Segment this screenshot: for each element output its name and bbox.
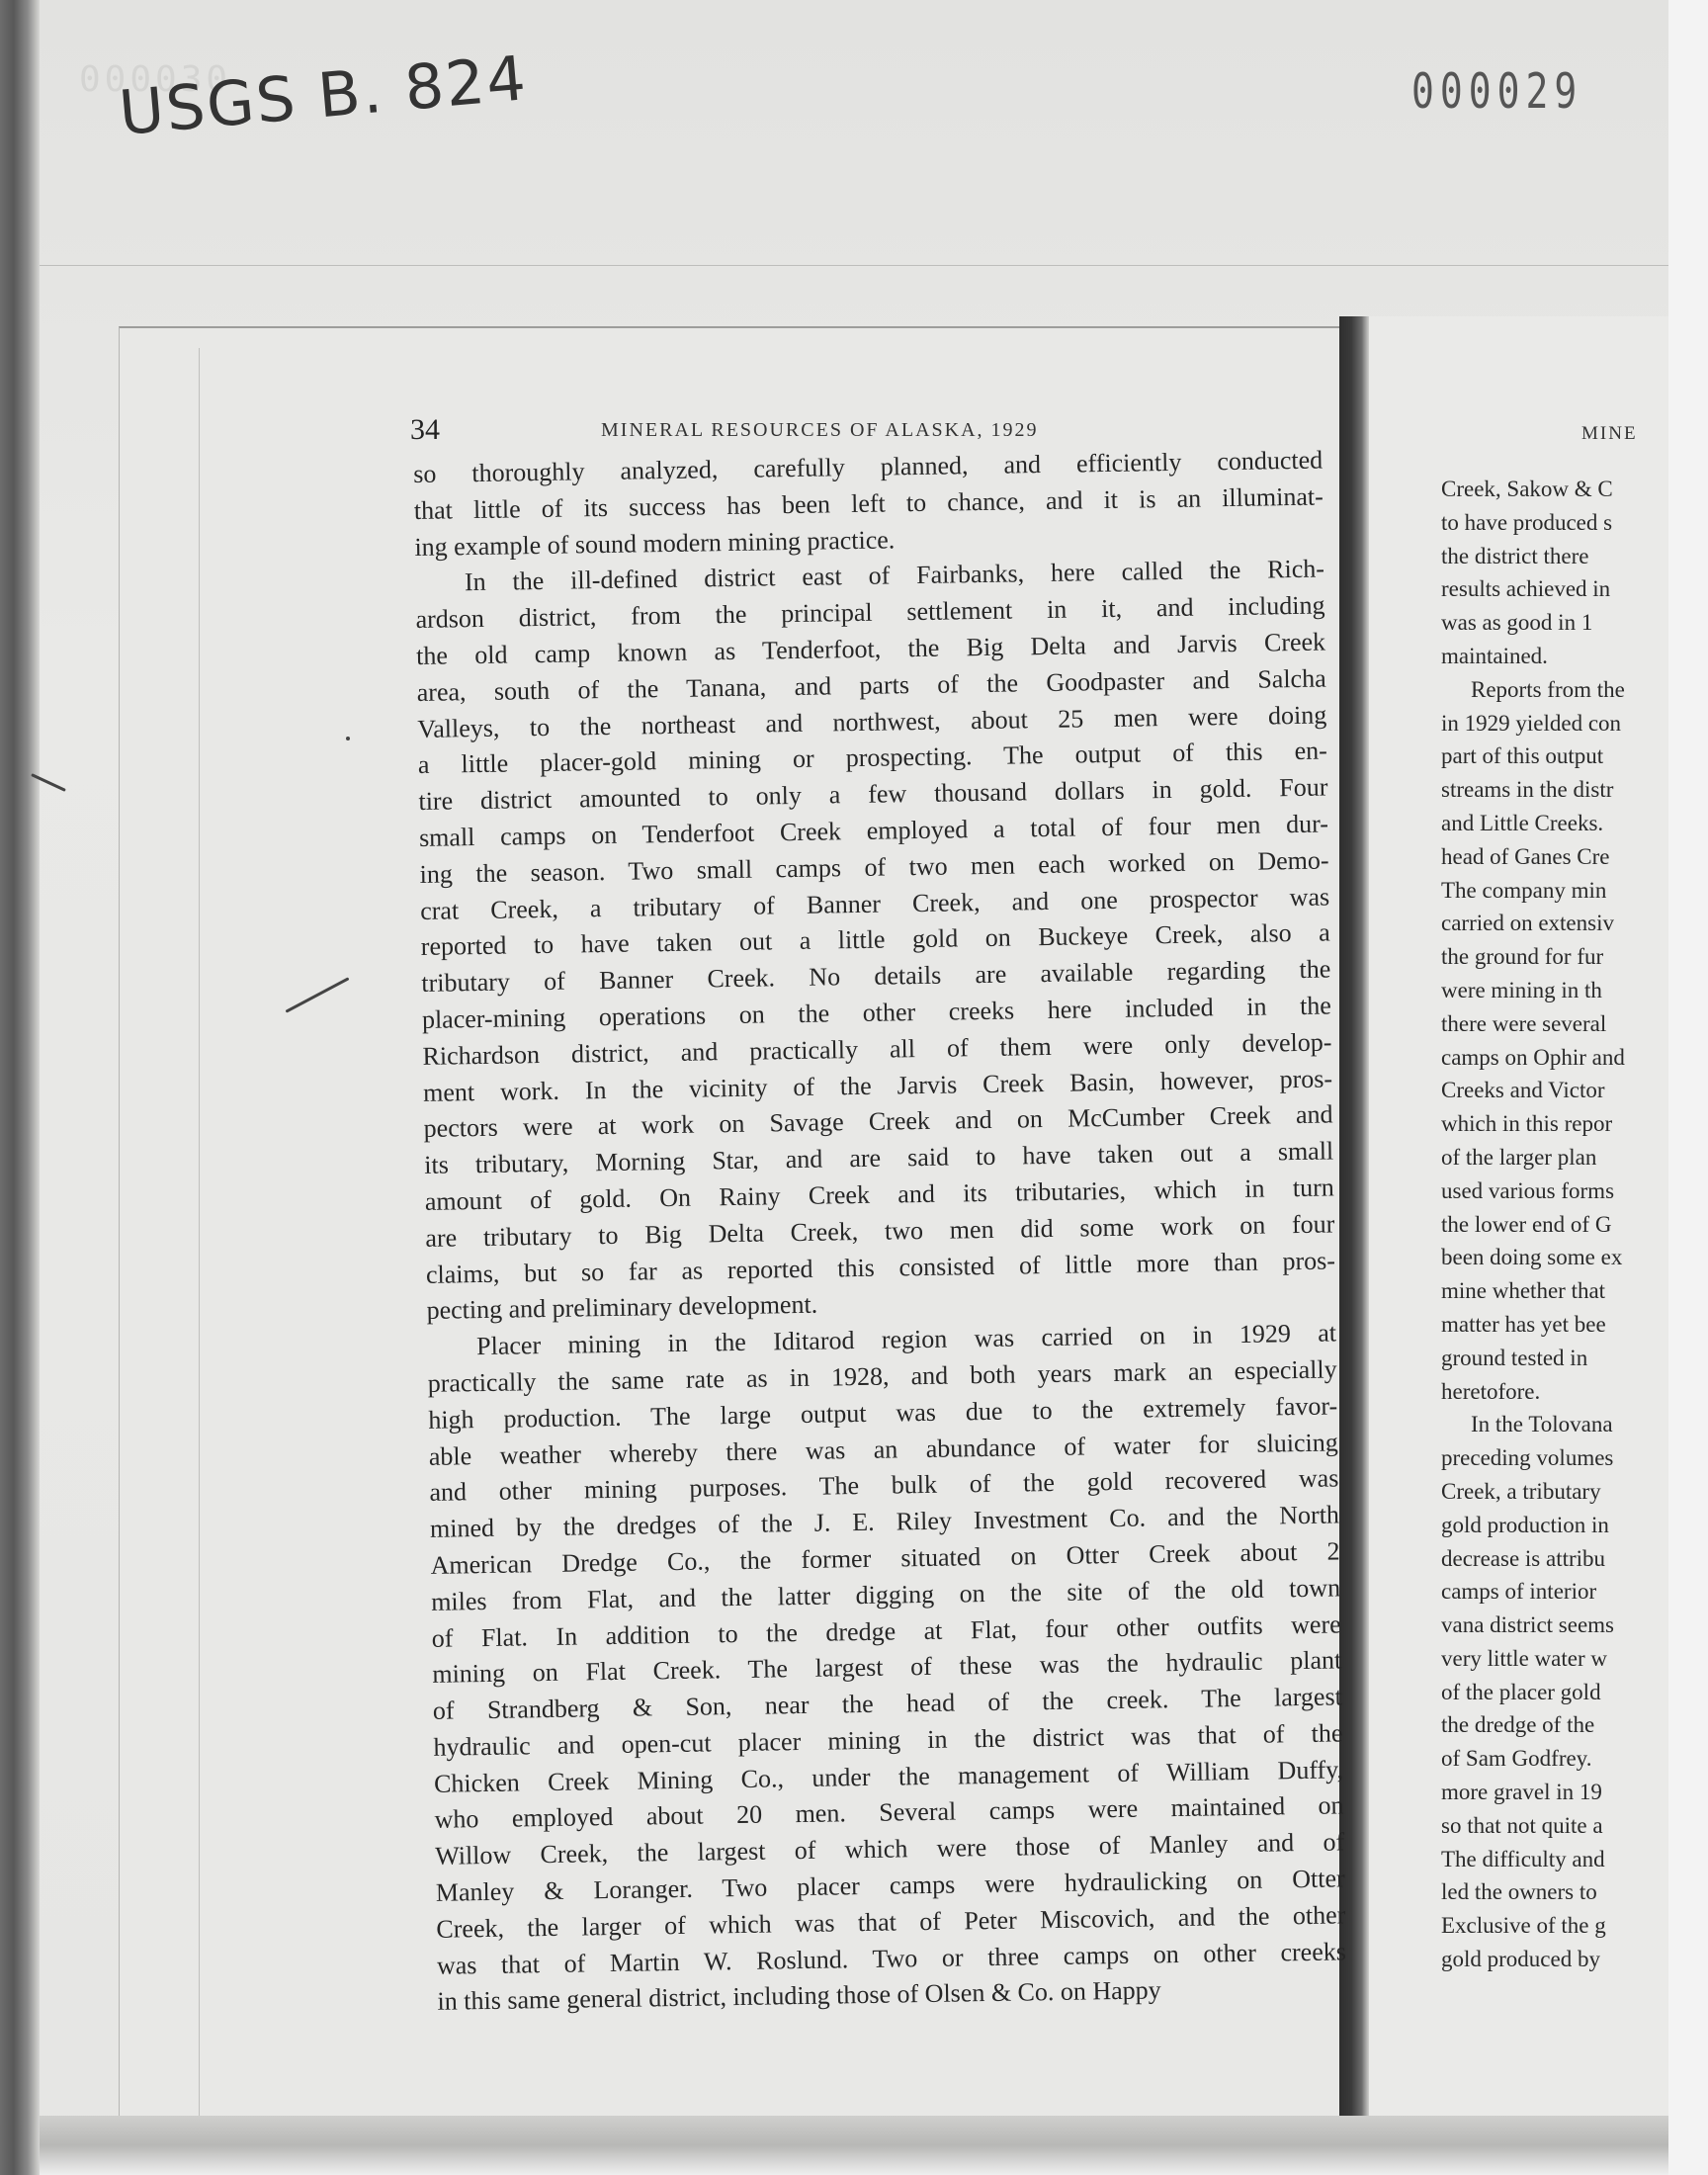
facing-text-line: streams in the distr xyxy=(1441,773,1668,807)
facing-text-line: camps on Ophir and xyxy=(1441,1041,1668,1075)
stray-dot xyxy=(346,737,350,740)
facing-text-line: matter has yet bee xyxy=(1441,1308,1668,1342)
facing-text-line: head of Ganes Cre xyxy=(1441,840,1668,874)
facing-text-line: ground tested in xyxy=(1441,1342,1668,1375)
facing-text-line: led the owners to xyxy=(1441,1875,1668,1909)
facing-text-line: of Sam Godfrey. xyxy=(1441,1742,1668,1776)
facing-text-line: the lower end of G xyxy=(1441,1208,1668,1242)
facing-text-line: gold production in xyxy=(1441,1509,1668,1542)
facing-text-line: carried on extensiv xyxy=(1441,907,1668,940)
facing-text-line: so that not quite a xyxy=(1441,1809,1668,1843)
facing-text-line: The company min xyxy=(1441,874,1668,908)
facing-text-line: used various forms xyxy=(1441,1174,1668,1208)
facing-text-line: the district there xyxy=(1441,540,1668,573)
facing-text-line: there were several xyxy=(1441,1007,1668,1041)
facing-text-line: in 1929 yielded con xyxy=(1441,707,1668,740)
facing-text-line: mine whether that xyxy=(1441,1274,1668,1308)
facing-text-line: preceding volumes xyxy=(1441,1441,1668,1475)
facing-text-line: decrease is attribu xyxy=(1441,1542,1668,1576)
facing-page-text: Creek, Sakow & Cto have produced sthe di… xyxy=(1441,473,1668,1976)
facing-text-line: been doing some ex xyxy=(1441,1241,1668,1274)
facing-text-line: which in this repor xyxy=(1441,1107,1668,1141)
facing-text-line: part of this output xyxy=(1441,739,1668,773)
facing-text-line: The difficulty and xyxy=(1441,1843,1668,1876)
facing-text-line: Reports from the xyxy=(1441,673,1668,707)
facing-text-line: of the placer gold xyxy=(1441,1676,1668,1709)
facing-running-head: MINE xyxy=(1581,423,1668,445)
fold-line xyxy=(40,265,1668,266)
facing-text-line: Creeks and Victor xyxy=(1441,1074,1668,1107)
right-margin xyxy=(1668,0,1708,2175)
stamp-number: 000029 xyxy=(1411,62,1582,119)
facing-text-line: very little water w xyxy=(1441,1642,1668,1676)
facing-text-line: Exclusive of the g xyxy=(1441,1909,1668,1943)
facing-text-line: was as good in 1 xyxy=(1441,606,1668,640)
facing-text-line: maintained. xyxy=(1441,640,1668,673)
facing-text-line: were mining in th xyxy=(1441,974,1668,1007)
facing-text-line: the ground for fur xyxy=(1441,940,1668,974)
facing-text-line: to have produced s xyxy=(1441,506,1668,540)
facing-text-line: the dredge of the xyxy=(1441,1708,1668,1742)
body-text: so thoroughly analyzed, carefully planne… xyxy=(413,443,1347,2022)
facing-text-line: camps of interior xyxy=(1441,1575,1668,1609)
running-head: MINERAL RESOURCES OF ALASKA, 1929 xyxy=(601,419,1039,442)
facing-text-line: vana district seems xyxy=(1441,1609,1668,1642)
facing-text-line: more gravel in 19 xyxy=(1441,1776,1668,1809)
facing-text-line: heretofore. xyxy=(1441,1375,1668,1409)
facing-text-line: of the larger plan xyxy=(1441,1141,1668,1174)
binding-shadow xyxy=(0,0,40,2175)
facing-text-line: Creek, Sakow & C xyxy=(1441,473,1668,506)
facing-text-line: gold produced by xyxy=(1441,1943,1668,1976)
page-number: 34 xyxy=(410,413,440,447)
facing-text-line: In the Tolovana xyxy=(1441,1408,1668,1441)
facing-text-line: results achieved in xyxy=(1441,572,1668,606)
bottom-page-shadow xyxy=(40,2116,1668,2175)
facing-text-line: Creek, a tributary xyxy=(1441,1475,1668,1509)
page-edge-line xyxy=(199,348,200,2118)
facing-text-line: and Little Creeks. xyxy=(1441,807,1668,840)
